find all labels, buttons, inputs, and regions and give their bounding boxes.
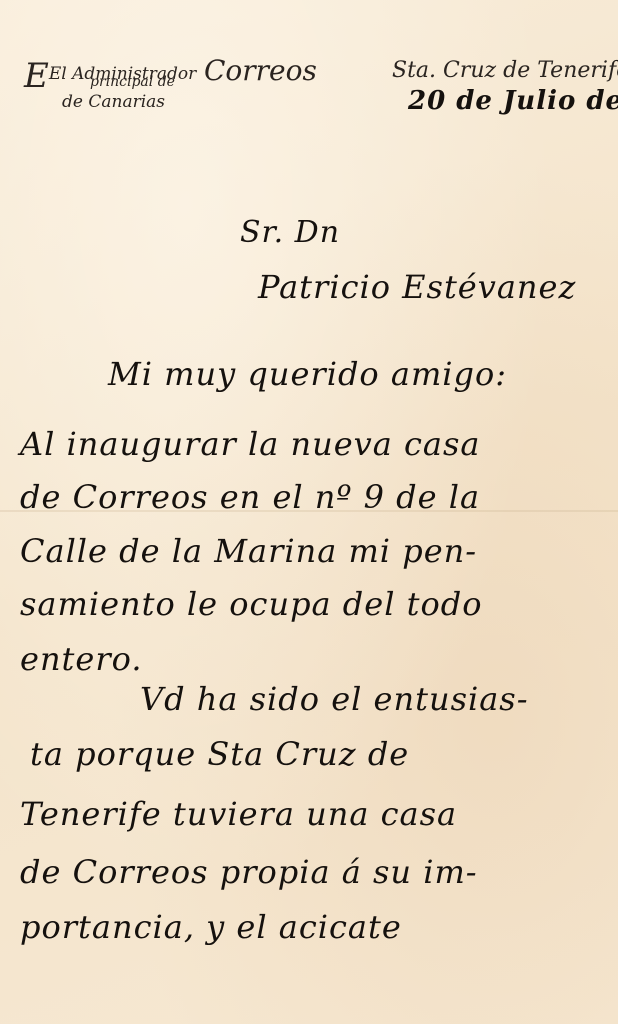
- body-line: Vd ha sido el entusias-: [140, 680, 529, 718]
- letterhead: EEl Administrador principal de Correos d…: [18, 40, 288, 135]
- salutation: Sr. Dn: [240, 215, 340, 250]
- place-heading: Sta. Cruz de Tenerife,: [392, 58, 618, 83]
- greeting: Mi muy querido amigo:: [108, 355, 507, 393]
- body-line: Al inaugurar la nueva casa: [20, 425, 480, 463]
- body-line: Calle de la Marina mi pen-: [20, 532, 477, 570]
- letterhead-line-2: principal de: [90, 74, 175, 90]
- letter-date: 20 de Julio de 1: [408, 86, 618, 116]
- body-line: samiento le ocupa del todo: [20, 585, 483, 623]
- body-line: entero.: [20, 640, 143, 678]
- body-line: portancia, y el acicate: [20, 908, 402, 946]
- body-line: de Correos en el nº 9 de la: [20, 478, 480, 516]
- letterhead-line-3: de Canarias: [62, 92, 165, 112]
- body-line: ta porque Sta Cruz de: [30, 735, 409, 773]
- recipient-name: Patricio Estévanez: [258, 268, 576, 306]
- letterhead-correos: Correos: [204, 54, 317, 87]
- body-line: Tenerife tuviera una casa: [20, 795, 457, 833]
- body-line: de Correos propia á su im-: [20, 853, 478, 891]
